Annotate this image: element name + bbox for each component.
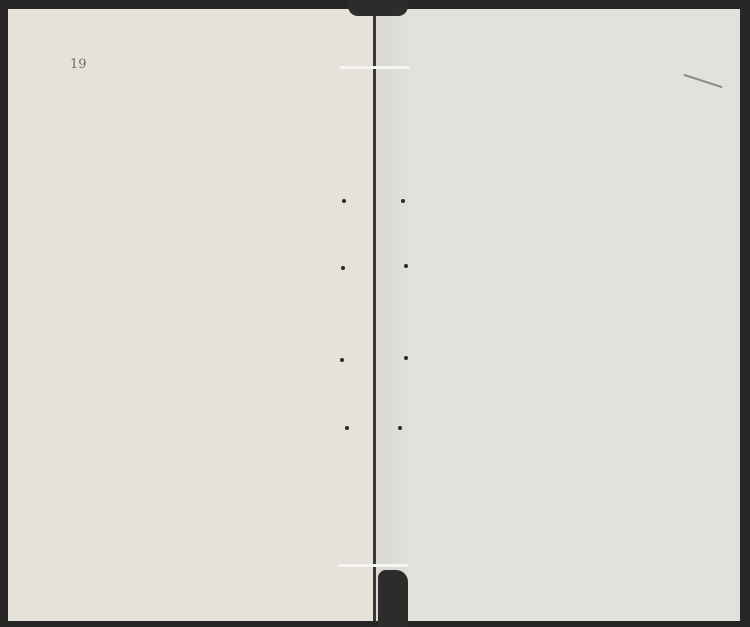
right-page: [376, 9, 740, 621]
sewing-hole: [345, 426, 349, 430]
gutter-shadow: [376, 9, 416, 621]
page-number: 19: [70, 57, 87, 72]
top-binding-thread: [340, 66, 410, 69]
left-page: 19: [8, 9, 374, 621]
sewing-hole: [404, 356, 408, 360]
sewing-hole: [404, 264, 408, 268]
sewing-hole: [401, 199, 405, 203]
book-gutter: [373, 9, 376, 621]
sewing-hole: [341, 266, 345, 270]
bottom-binding-thread: [338, 564, 408, 567]
top-binding-tear: [348, 0, 408, 16]
sewing-hole: [342, 199, 346, 203]
bottom-binding-tear: [378, 570, 408, 627]
sewing-hole: [340, 358, 344, 362]
sewing-hole: [398, 426, 402, 430]
